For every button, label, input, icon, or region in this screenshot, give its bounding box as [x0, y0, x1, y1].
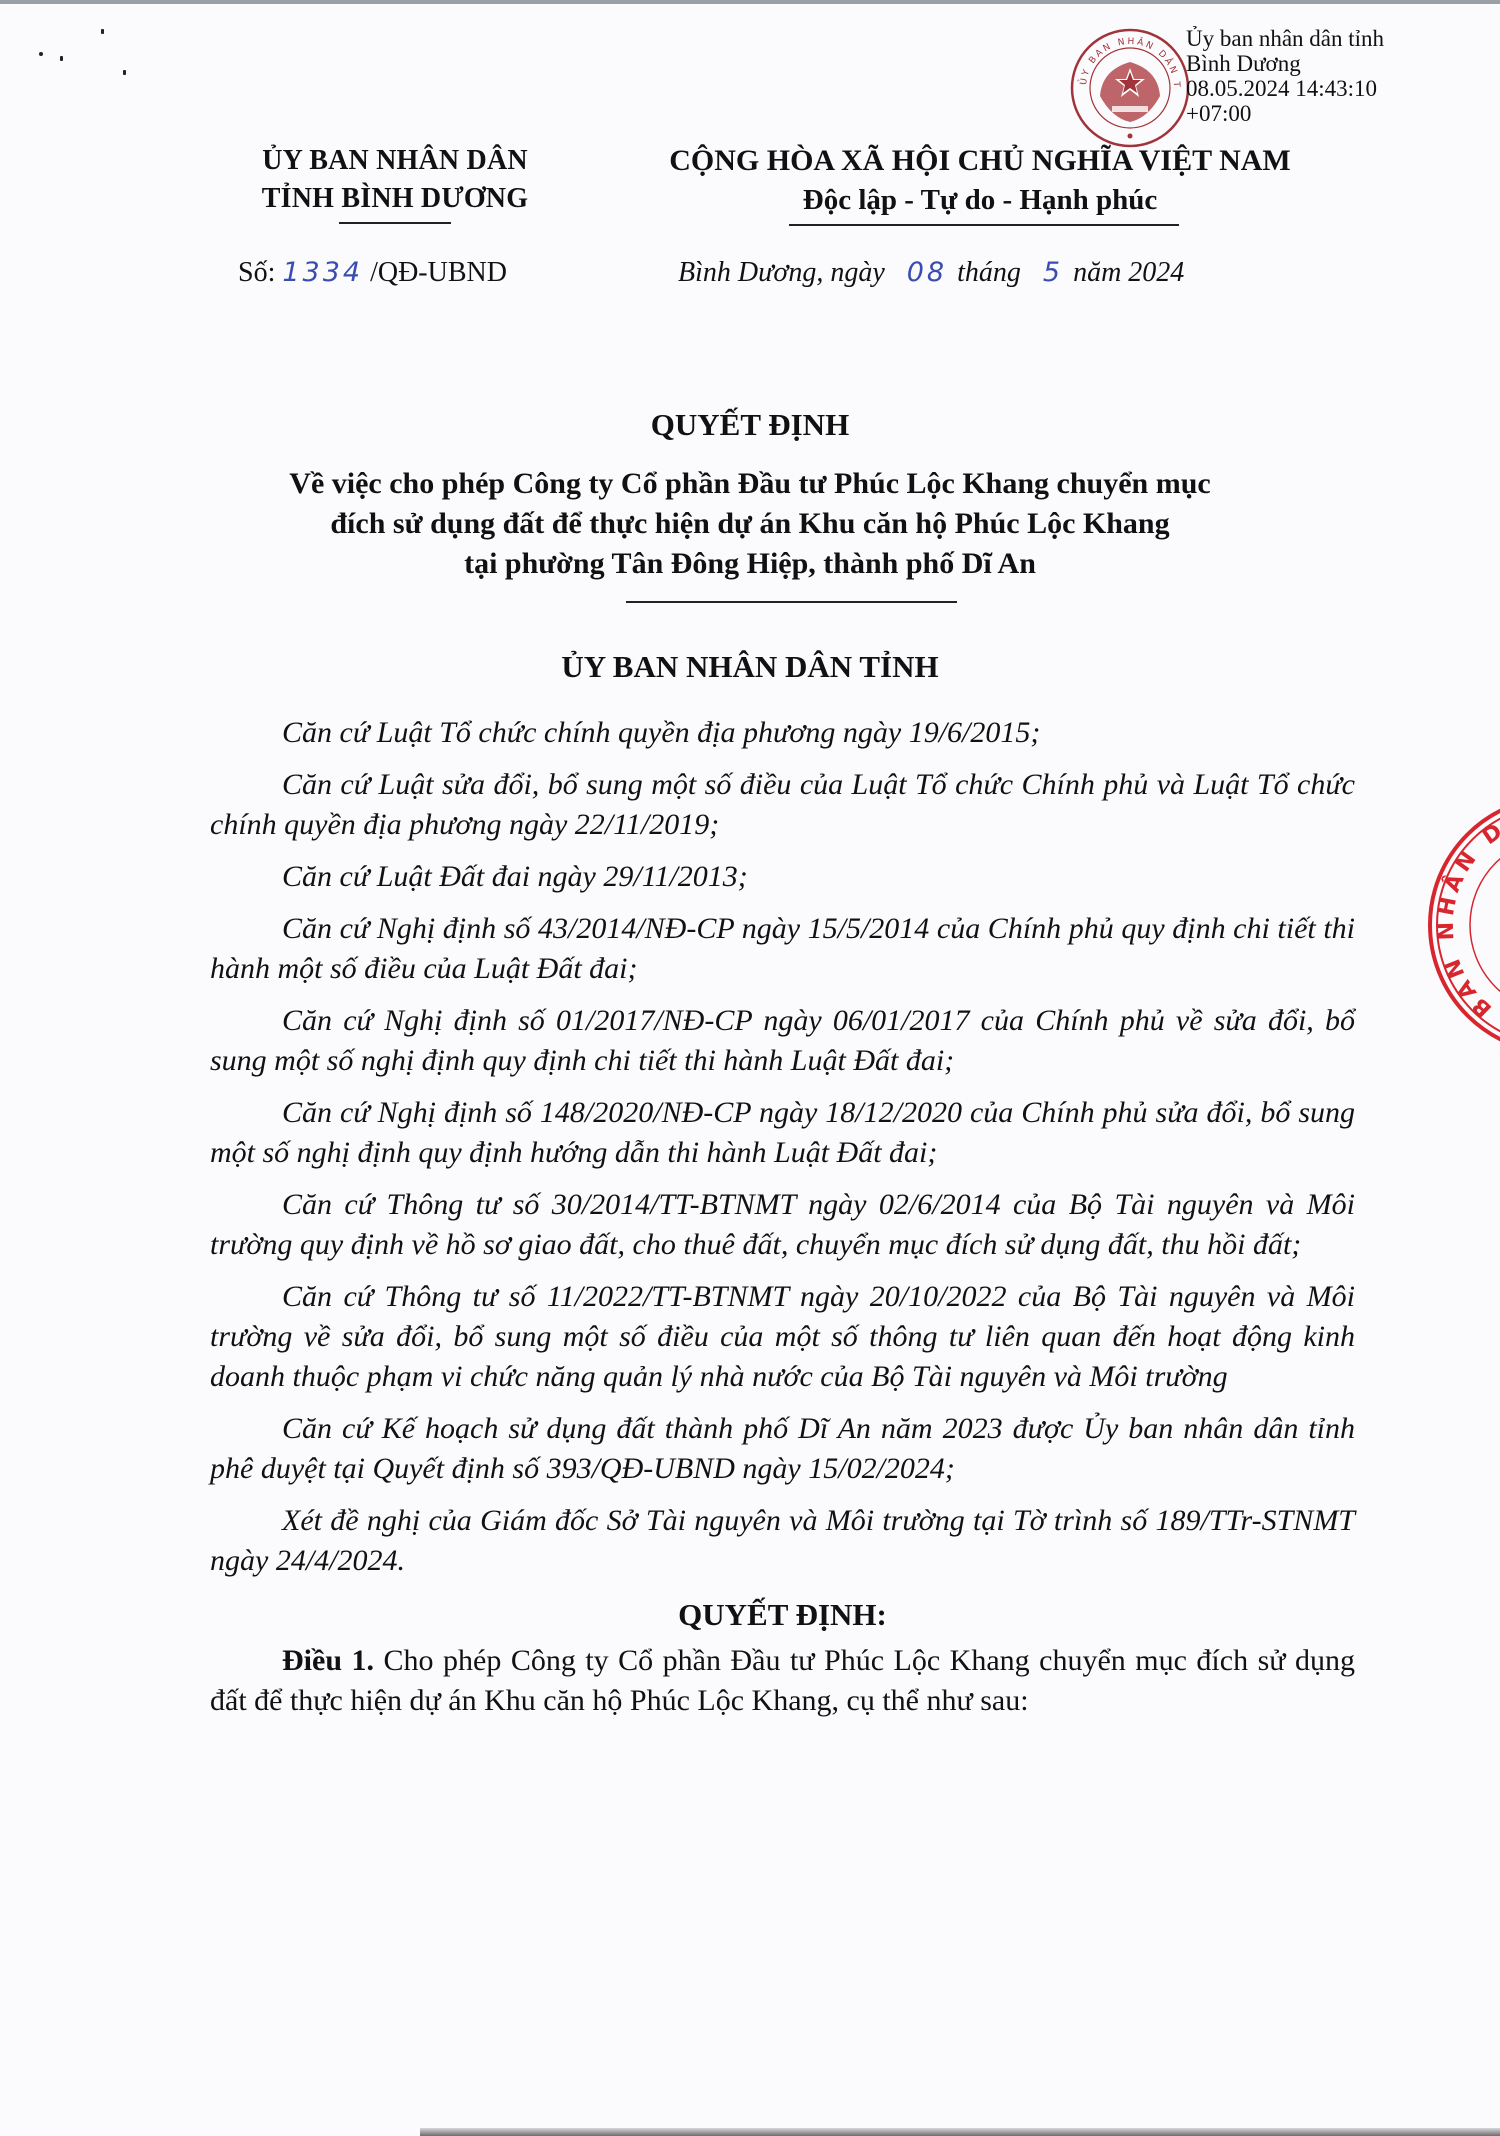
scan-bottom-edge — [420, 2128, 1500, 2136]
document-number: Số: 1334 /QĐ-UBND — [238, 254, 507, 292]
subject-line-3: tại phường Tân Đông Hiệp, thành phố Dĩ A… — [200, 544, 1300, 584]
motto-underline — [789, 224, 1179, 226]
month-label: tháng — [957, 257, 1021, 288]
preamble-item: Căn cứ Thông tư số 11/2022/TT-BTNMT ngày… — [210, 1277, 1355, 1397]
document-title: QUYẾT ĐỊNH — [200, 406, 1300, 444]
subject-underline — [626, 601, 957, 603]
national-title: CỘNG HÒA XÃ HỘI CHỦ NGHĨA VIỆT NAM — [620, 142, 1340, 180]
issuing-agency: ỦY BAN NHÂN DÂN TỈNH BÌNH DƯƠNG — [220, 142, 570, 218]
article-1-text: Cho phép Công ty Cổ phần Đầu tư Phúc Lộc… — [210, 1644, 1355, 1717]
digital-signature-seal-icon: ỦY BAN NHÂN DÂN TỈNH BÌNH DƯƠNG — [1068, 26, 1192, 150]
digital-signature-info: Ủy ban nhân dân tỉnh Bình Dương 08.05.20… — [1186, 26, 1486, 126]
handwritten-number: 1334 — [282, 257, 363, 288]
number-label: Số: — [238, 257, 275, 288]
signature-timezone: +07:00 — [1186, 101, 1486, 126]
article-1-label: Điều 1. — [282, 1644, 374, 1677]
signer-name-line1: Ủy ban nhân dân tỉnh — [1186, 26, 1486, 51]
document-date: Bình Dương, ngày08tháng5năm 2024 — [678, 254, 1194, 292]
preamble-item: Căn cứ Nghị định số 148/2020/NĐ-CP ngày … — [210, 1093, 1355, 1173]
preamble-item: Căn cứ Luật sửa đổi, bổ sung một số điều… — [210, 765, 1355, 845]
document-body: Căn cứ Luật Tổ chức chính quyền địa phươ… — [210, 713, 1355, 1721]
preamble-item: Căn cứ Luật Tổ chức chính quyền địa phươ… — [210, 713, 1355, 753]
preamble-item: Căn cứ Nghị định số 43/2014/NĐ-CP ngày 1… — [210, 909, 1355, 989]
preamble-item: Xét đề nghị của Giám đốc Sở Tài nguyên v… — [210, 1501, 1355, 1581]
preamble-item: Căn cứ Nghị định số 01/2017/NĐ-CP ngày 0… — [210, 1001, 1355, 1081]
article-1: Điều 1. Cho phép Công ty Cổ phần Đầu tư … — [210, 1641, 1355, 1721]
issuing-authority-heading: ỦY BAN NHÂN DÂN TỈNH — [200, 648, 1300, 686]
handwritten-day: 08 — [907, 257, 947, 288]
signer-name-line2: Bình Dương — [1186, 51, 1486, 76]
agency-line-2: TỈNH BÌNH DƯƠNG — [220, 180, 570, 218]
signature-timestamp: 08.05.2024 14:43:10 — [1186, 76, 1486, 101]
handwritten-month: 5 — [1043, 257, 1063, 288]
agency-line-1: ỦY BAN NHÂN DÂN — [220, 142, 570, 180]
date-place: Bình Dương, ngày — [678, 257, 885, 288]
decision-heading: QUYẾT ĐỊNH: — [210, 1595, 1355, 1635]
scan-top-edge — [0, 0, 1500, 4]
subject-line-1: Về việc cho phép Công ty Cổ phần Đầu tư … — [200, 464, 1300, 504]
preamble-item: Căn cứ Thông tư số 30/2014/TT-BTNMT ngày… — [210, 1185, 1355, 1265]
agency-underline — [339, 222, 451, 224]
scan-specks — [35, 45, 135, 85]
number-suffix: /QĐ-UBND — [370, 257, 507, 288]
preamble-item: Căn cứ Kế hoạch sử dụng đất thành phố Dĩ… — [210, 1409, 1355, 1489]
date-year: năm 2024 — [1073, 257, 1184, 288]
preamble-item: Căn cứ Luật Đất đai ngày 29/11/2013; — [210, 857, 1355, 897]
official-seal-icon: ỦY BAN NHÂN D — [1418, 790, 1500, 1060]
national-motto: Độc lập - Tự do - Hạnh phúc — [620, 181, 1340, 219]
subject-line-2: đích sử dụng đất để thực hiện dự án Khu … — [200, 504, 1300, 544]
document-subject: Về việc cho phép Công ty Cổ phần Đầu tư … — [200, 464, 1300, 584]
